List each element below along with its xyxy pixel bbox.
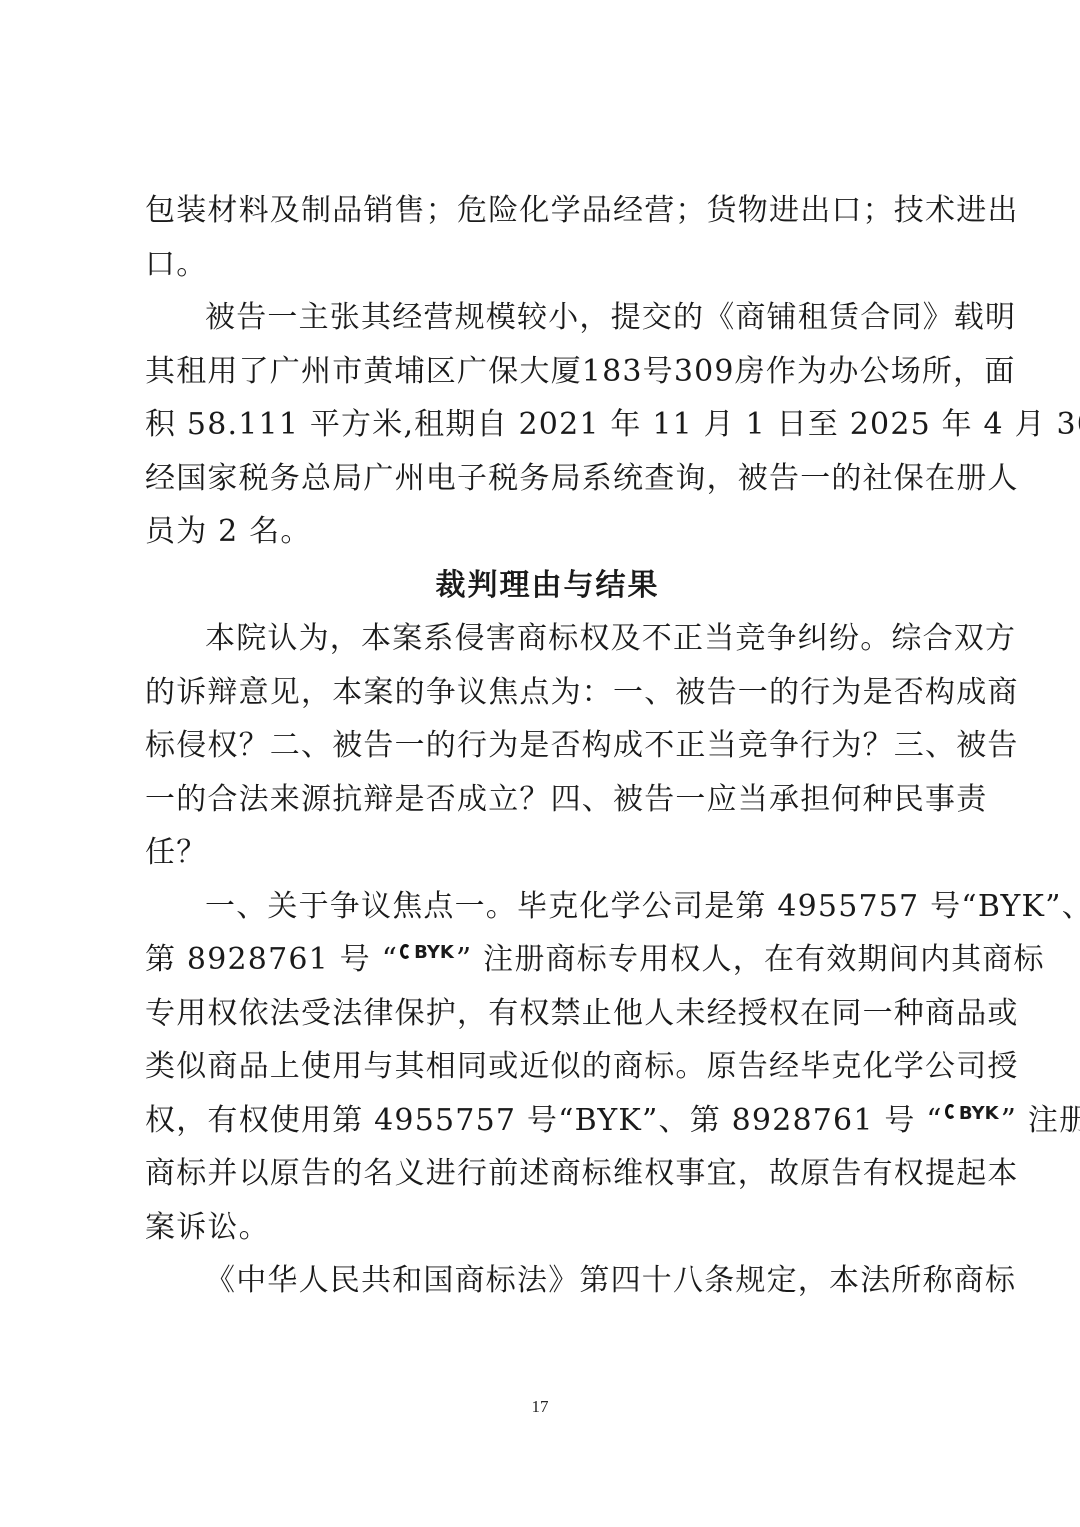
byk-logo-text: BYK (959, 1103, 999, 1124)
section-heading: 裁判理由与结果 (145, 559, 950, 613)
byk-logo-text: BYK (414, 942, 454, 963)
text-segment: ” 注册 (1001, 1103, 1080, 1138)
text-line: 商标并以原告的名义进行前述商标维权事宜，故原告有权提起本 (145, 1147, 950, 1201)
text-line: 其租用了广州市黄埔区广保大厦183号309房作为办公场所，面 (145, 345, 950, 399)
text-line: 口。 (145, 238, 950, 292)
text-line: 积 58.111 平方米,租期自 2021 年 11 月 1 日至 2025 年… (145, 398, 950, 452)
text-line: 一的合法来源抗辩是否成立？四、被告一应当承担何种民事责 (145, 773, 950, 827)
byk-ring-icon (945, 1104, 956, 1119)
text-line: 员为 2 名。 (145, 505, 950, 559)
document-page: 包装材料及制品销售；危险化学品经营；货物进出口；技术进出 口。 被告一主张其经营… (145, 184, 950, 1308)
byk-trademark-logo: BYK (400, 941, 454, 965)
text-line: 被告一主张其经营规模较小，提交的《商铺租赁合同》载明 (145, 291, 950, 345)
text-line-with-logo: 第 8928761 号 “BYK” 注册商标专用权人，在有效期间内其商标 (145, 933, 950, 987)
byk-trademark-logo: BYK (945, 1102, 999, 1126)
text-line: 包装材料及制品销售；危险化学品经营；货物进出口；技术进出 (145, 184, 950, 238)
byk-ring-icon (400, 944, 411, 959)
text-line-with-logo: 权，有权使用第 4955757 号“BYK”、第 8928761 号 “BYK”… (145, 1094, 950, 1148)
text-line: 案诉讼。 (145, 1201, 950, 1255)
text-segment: 权，有权使用第 4955757 号“BYK”、第 8928761 号 “ (145, 1103, 943, 1138)
text-line: 本院认为，本案系侵害商标权及不正当竞争纠纷。综合双方 (145, 612, 950, 666)
text-line: 标侵权？二、被告一的行为是否构成不正当竞争行为？三、被告 (145, 719, 950, 773)
text-line: 的诉辩意见，本案的争议焦点为：一、被告一的行为是否构成商 (145, 666, 950, 720)
text-line: 任？ (145, 826, 950, 880)
text-line: 一、关于争议焦点一。毕克化学公司是第 4955757 号“BYK”、 (145, 880, 950, 934)
text-line: 类似商品上使用与其相同或近似的商标。原告经毕克化学公司授 (145, 1040, 950, 1094)
page-number: 17 (0, 1397, 1080, 1417)
text-line: 《中华人民共和国商标法》第四十八条规定，本法所称商标 (145, 1254, 950, 1308)
text-line: 经国家税务总局广州电子税务局系统查询，被告一的社保在册人 (145, 452, 950, 506)
text-segment: ” 注册商标专用权人，在有效期间内其商标 (456, 942, 1045, 977)
text-line: 专用权依法受法律保护，有权禁止他人未经授权在同一种商品或 (145, 987, 950, 1041)
text-segment: 第 8928761 号 “ (145, 942, 398, 977)
